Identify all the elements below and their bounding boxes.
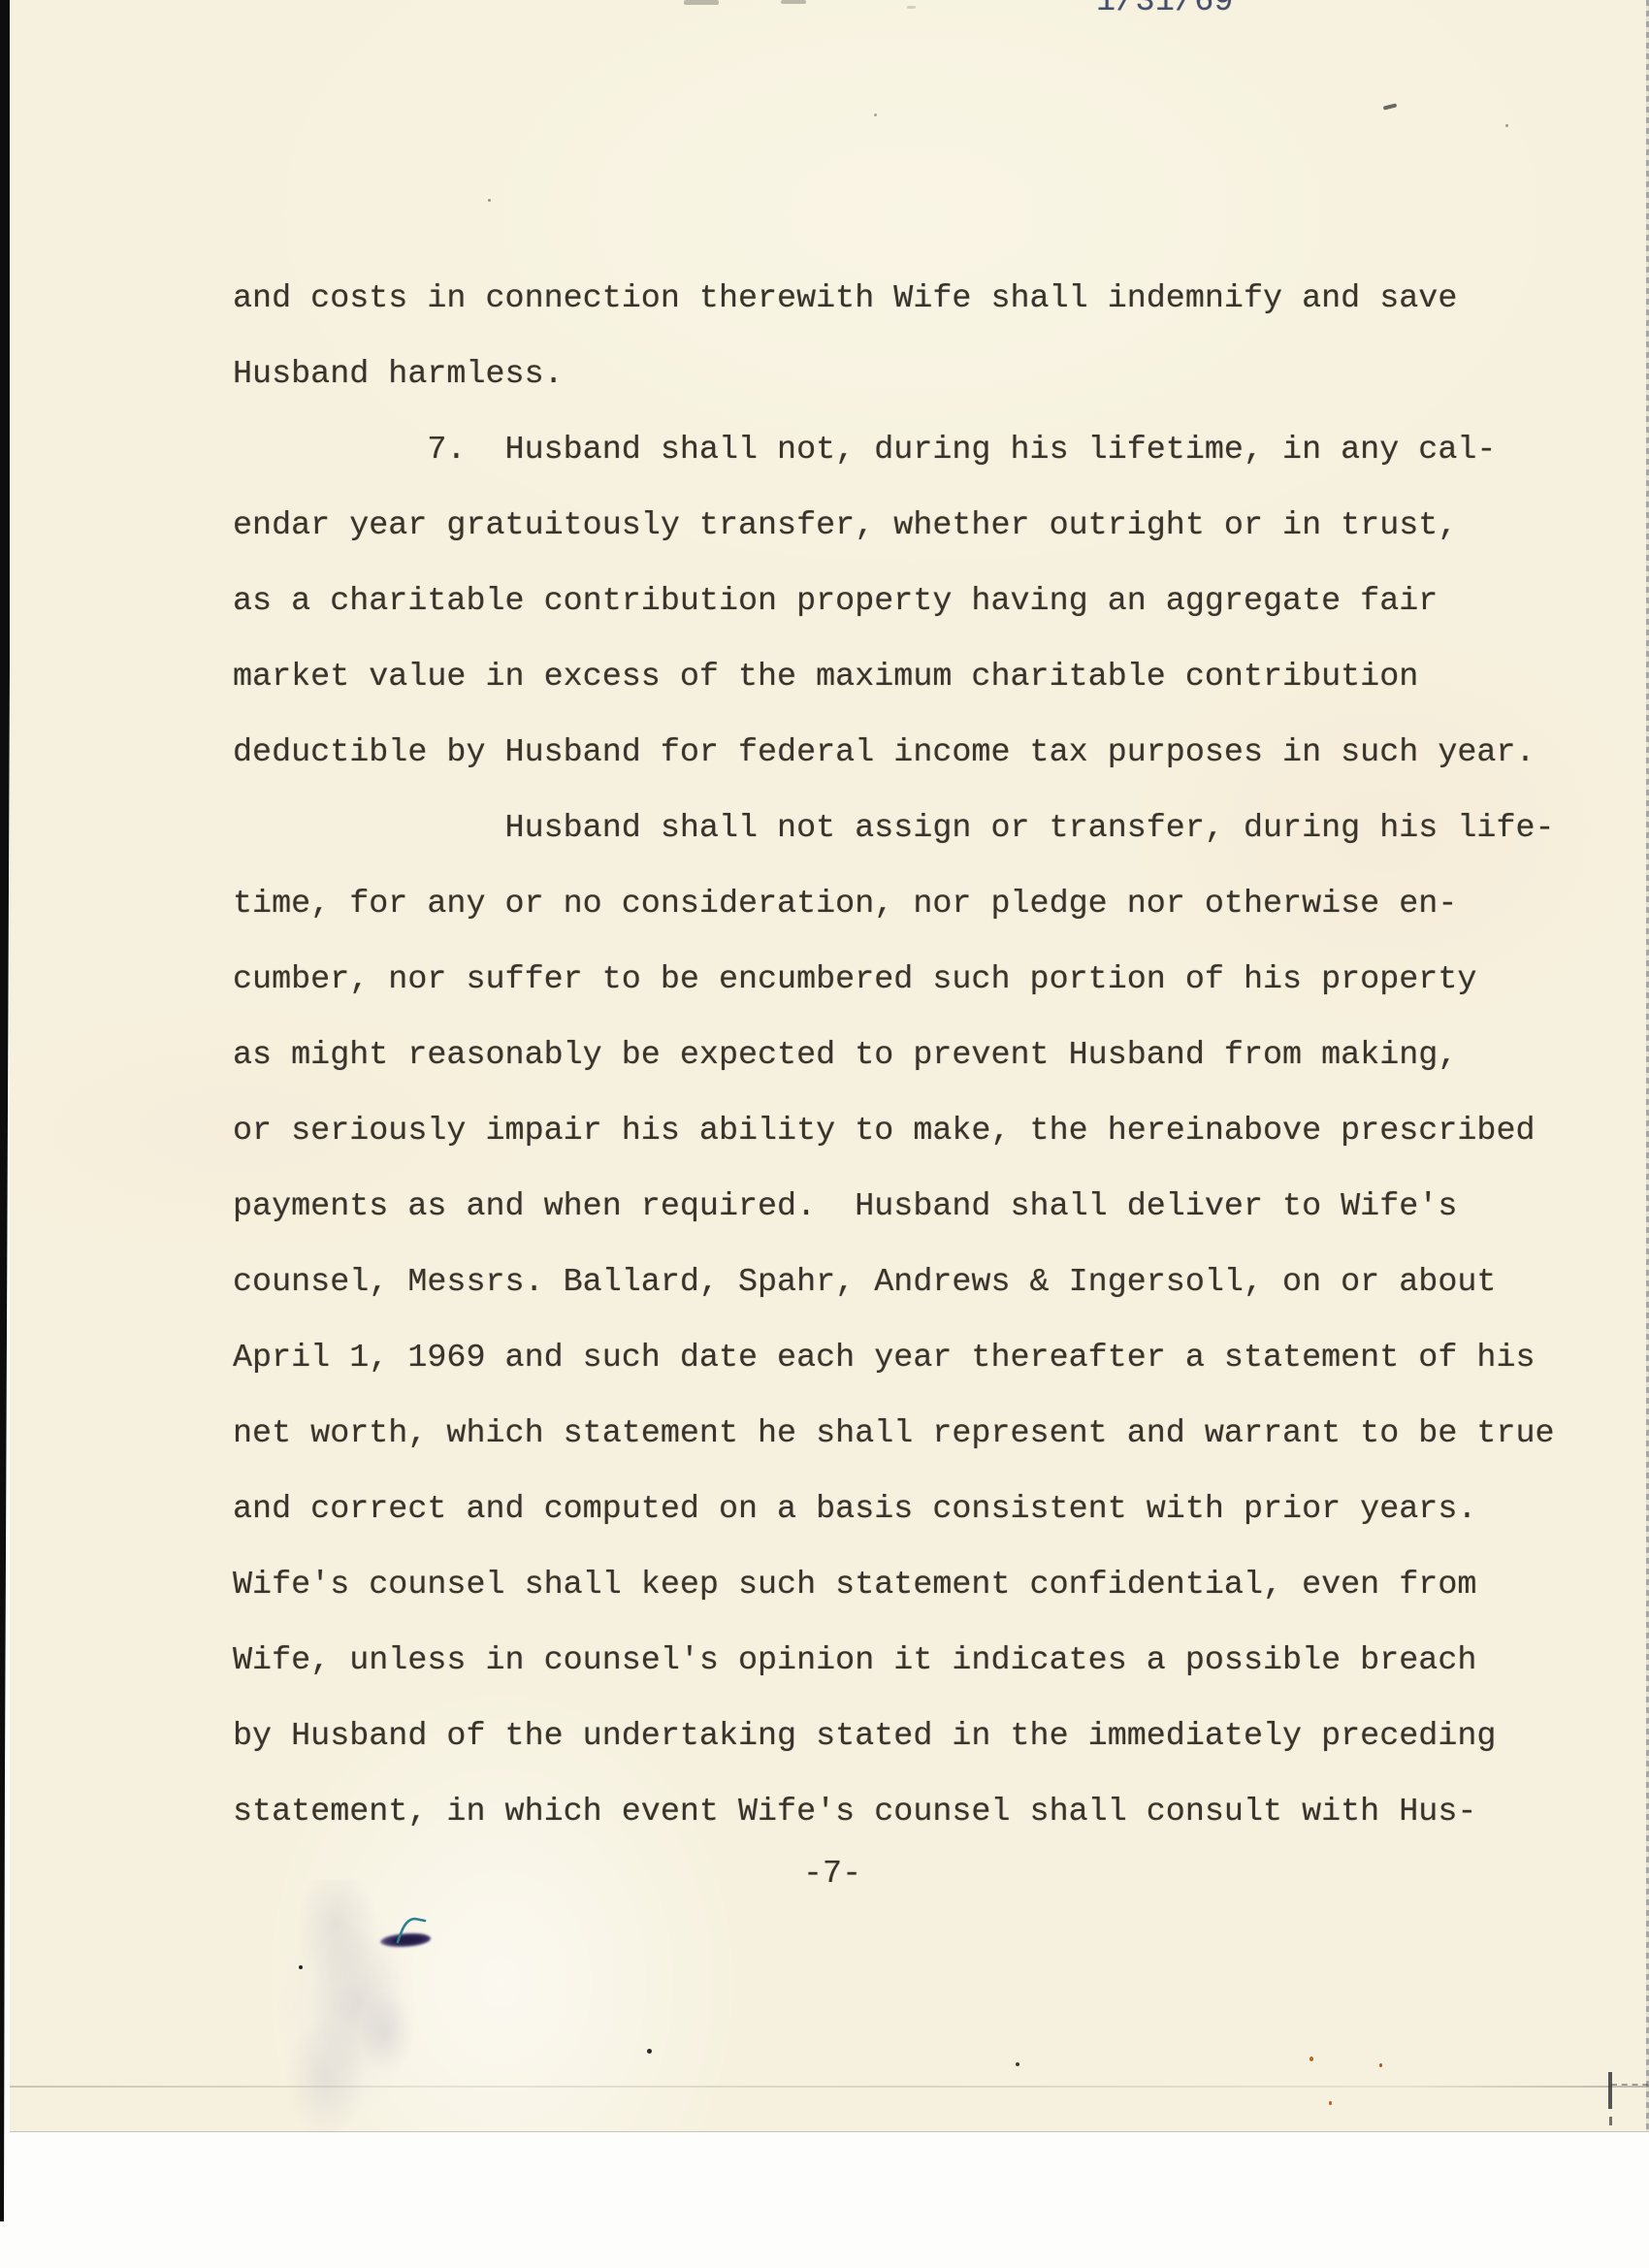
speck [1329, 2101, 1332, 2105]
text-line: market value in excess of the maximum ch… [233, 639, 1610, 715]
text-line: cumber, nor suffer to be encumbered such… [233, 942, 1610, 1018]
corner-bracket-dashes [1611, 2084, 1649, 2086]
text-line: and costs in connection therewith Wife s… [233, 261, 1610, 337]
speck [488, 199, 491, 202]
text-line: Wife, unless in counsel's opinion it ind… [233, 1623, 1610, 1699]
text-line: by Husband of the undertaking stated in … [233, 1699, 1610, 1774]
text-line: Wife's counsel shall keep such statement… [233, 1547, 1610, 1623]
text-line: Husband harmless. [233, 337, 1610, 412]
text-line: and correct and computed on a basis cons… [233, 1472, 1610, 1547]
speck [1016, 2062, 1019, 2066]
text-line: as a charitable contribution property ha… [233, 564, 1610, 639]
text-line: or seriously impair his ability to make,… [233, 1093, 1610, 1169]
header-date: 1/31/69 [1096, 0, 1234, 20]
text-line: deductible by Husband for federal income… [233, 715, 1610, 791]
text-line: as might reasonably be expected to preve… [233, 1018, 1610, 1093]
speck [1379, 2063, 1382, 2067]
text-line: net worth, which statement he shall repr… [233, 1396, 1610, 1472]
corner-bracket-vertical [1608, 2072, 1612, 2109]
speck [1505, 124, 1508, 127]
scanned-document-page: 1/31/69 and costs in connection therewit… [0, 0, 1649, 2268]
speck [874, 113, 877, 116]
text-line: payments as and when required. Husband s… [233, 1169, 1610, 1245]
document-body: and costs in connection therewith Wife s… [233, 261, 1610, 1850]
top-edge-smudge [781, 0, 806, 4]
pen-dash-mark [1383, 103, 1398, 110]
text-line: endar year gratuitously transfer, whethe… [233, 488, 1610, 564]
speck [1309, 2057, 1313, 2061]
corner-bracket-mark [1599, 2072, 1649, 2122]
page-number: -7- [803, 1845, 861, 1903]
text-line: Husband shall not assign or transfer, du… [233, 791, 1610, 866]
corner-bracket-tick [1609, 2117, 1612, 2125]
text-line: counsel, Messrs. Ballard, Spahr, Andrews… [233, 1245, 1610, 1320]
paper-sheet: 1/31/69 and costs in connection therewit… [10, 0, 1649, 2131]
text-line: time, for any or no consideration, nor p… [233, 866, 1610, 942]
text-line: 7. Husband shall not, during his lifetim… [233, 412, 1610, 488]
text-line: statement, in which event Wife's counsel… [233, 1774, 1610, 1850]
speck [647, 2049, 652, 2054]
ink-squiggle-icon [394, 1915, 433, 1944]
top-edge-smudge [907, 6, 916, 9]
top-edge-smudge [684, 0, 719, 5]
speck [299, 1965, 303, 1969]
text-line: April 1, 1969 and such date each year th… [233, 1320, 1610, 1396]
